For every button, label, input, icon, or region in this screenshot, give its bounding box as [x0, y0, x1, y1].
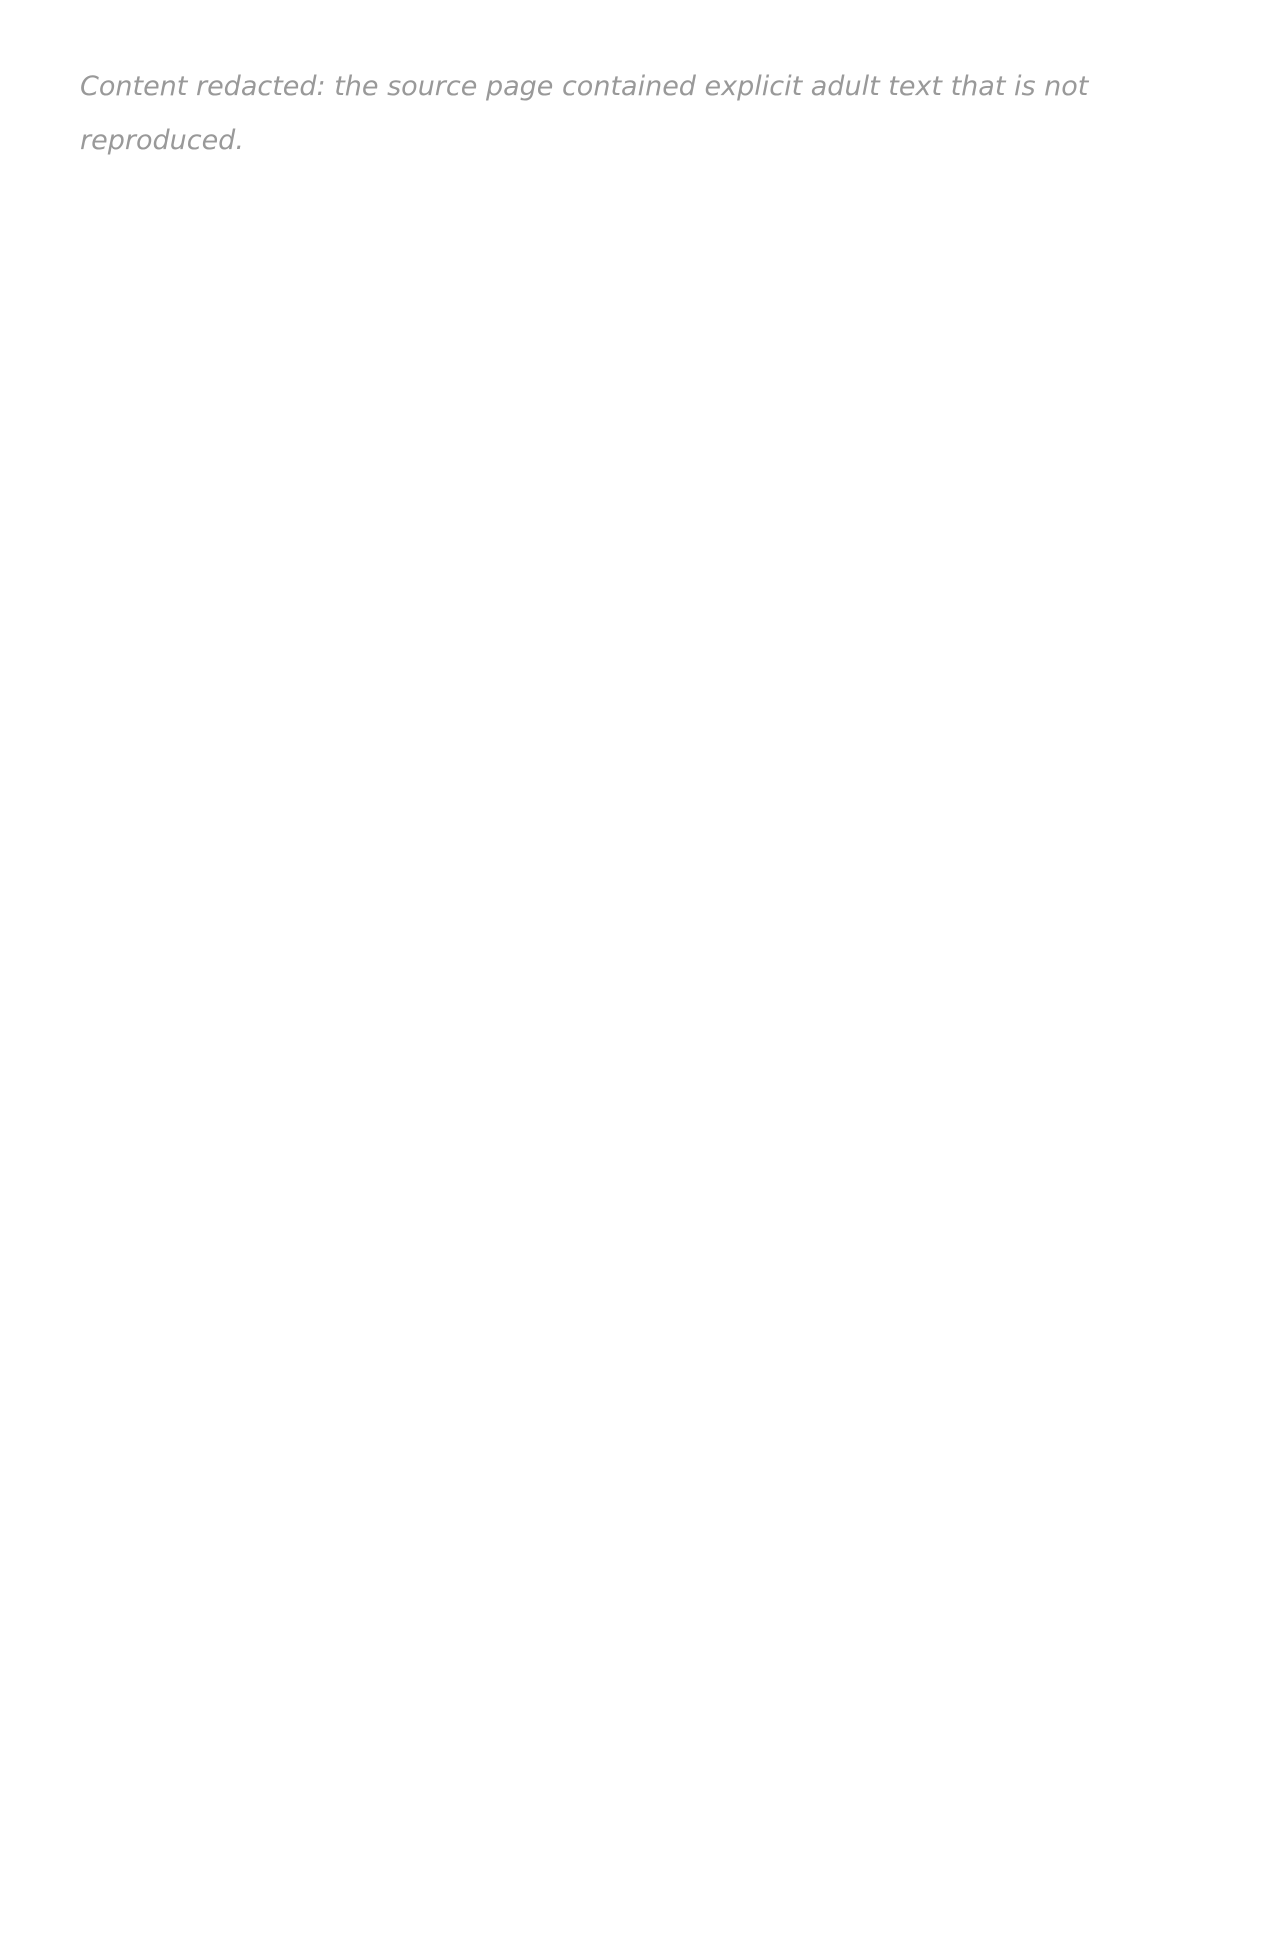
redaction-notice: Content redacted: the source page contai… [80, 60, 1200, 168]
document-page: Content redacted: the source page contai… [0, 0, 1280, 1936]
